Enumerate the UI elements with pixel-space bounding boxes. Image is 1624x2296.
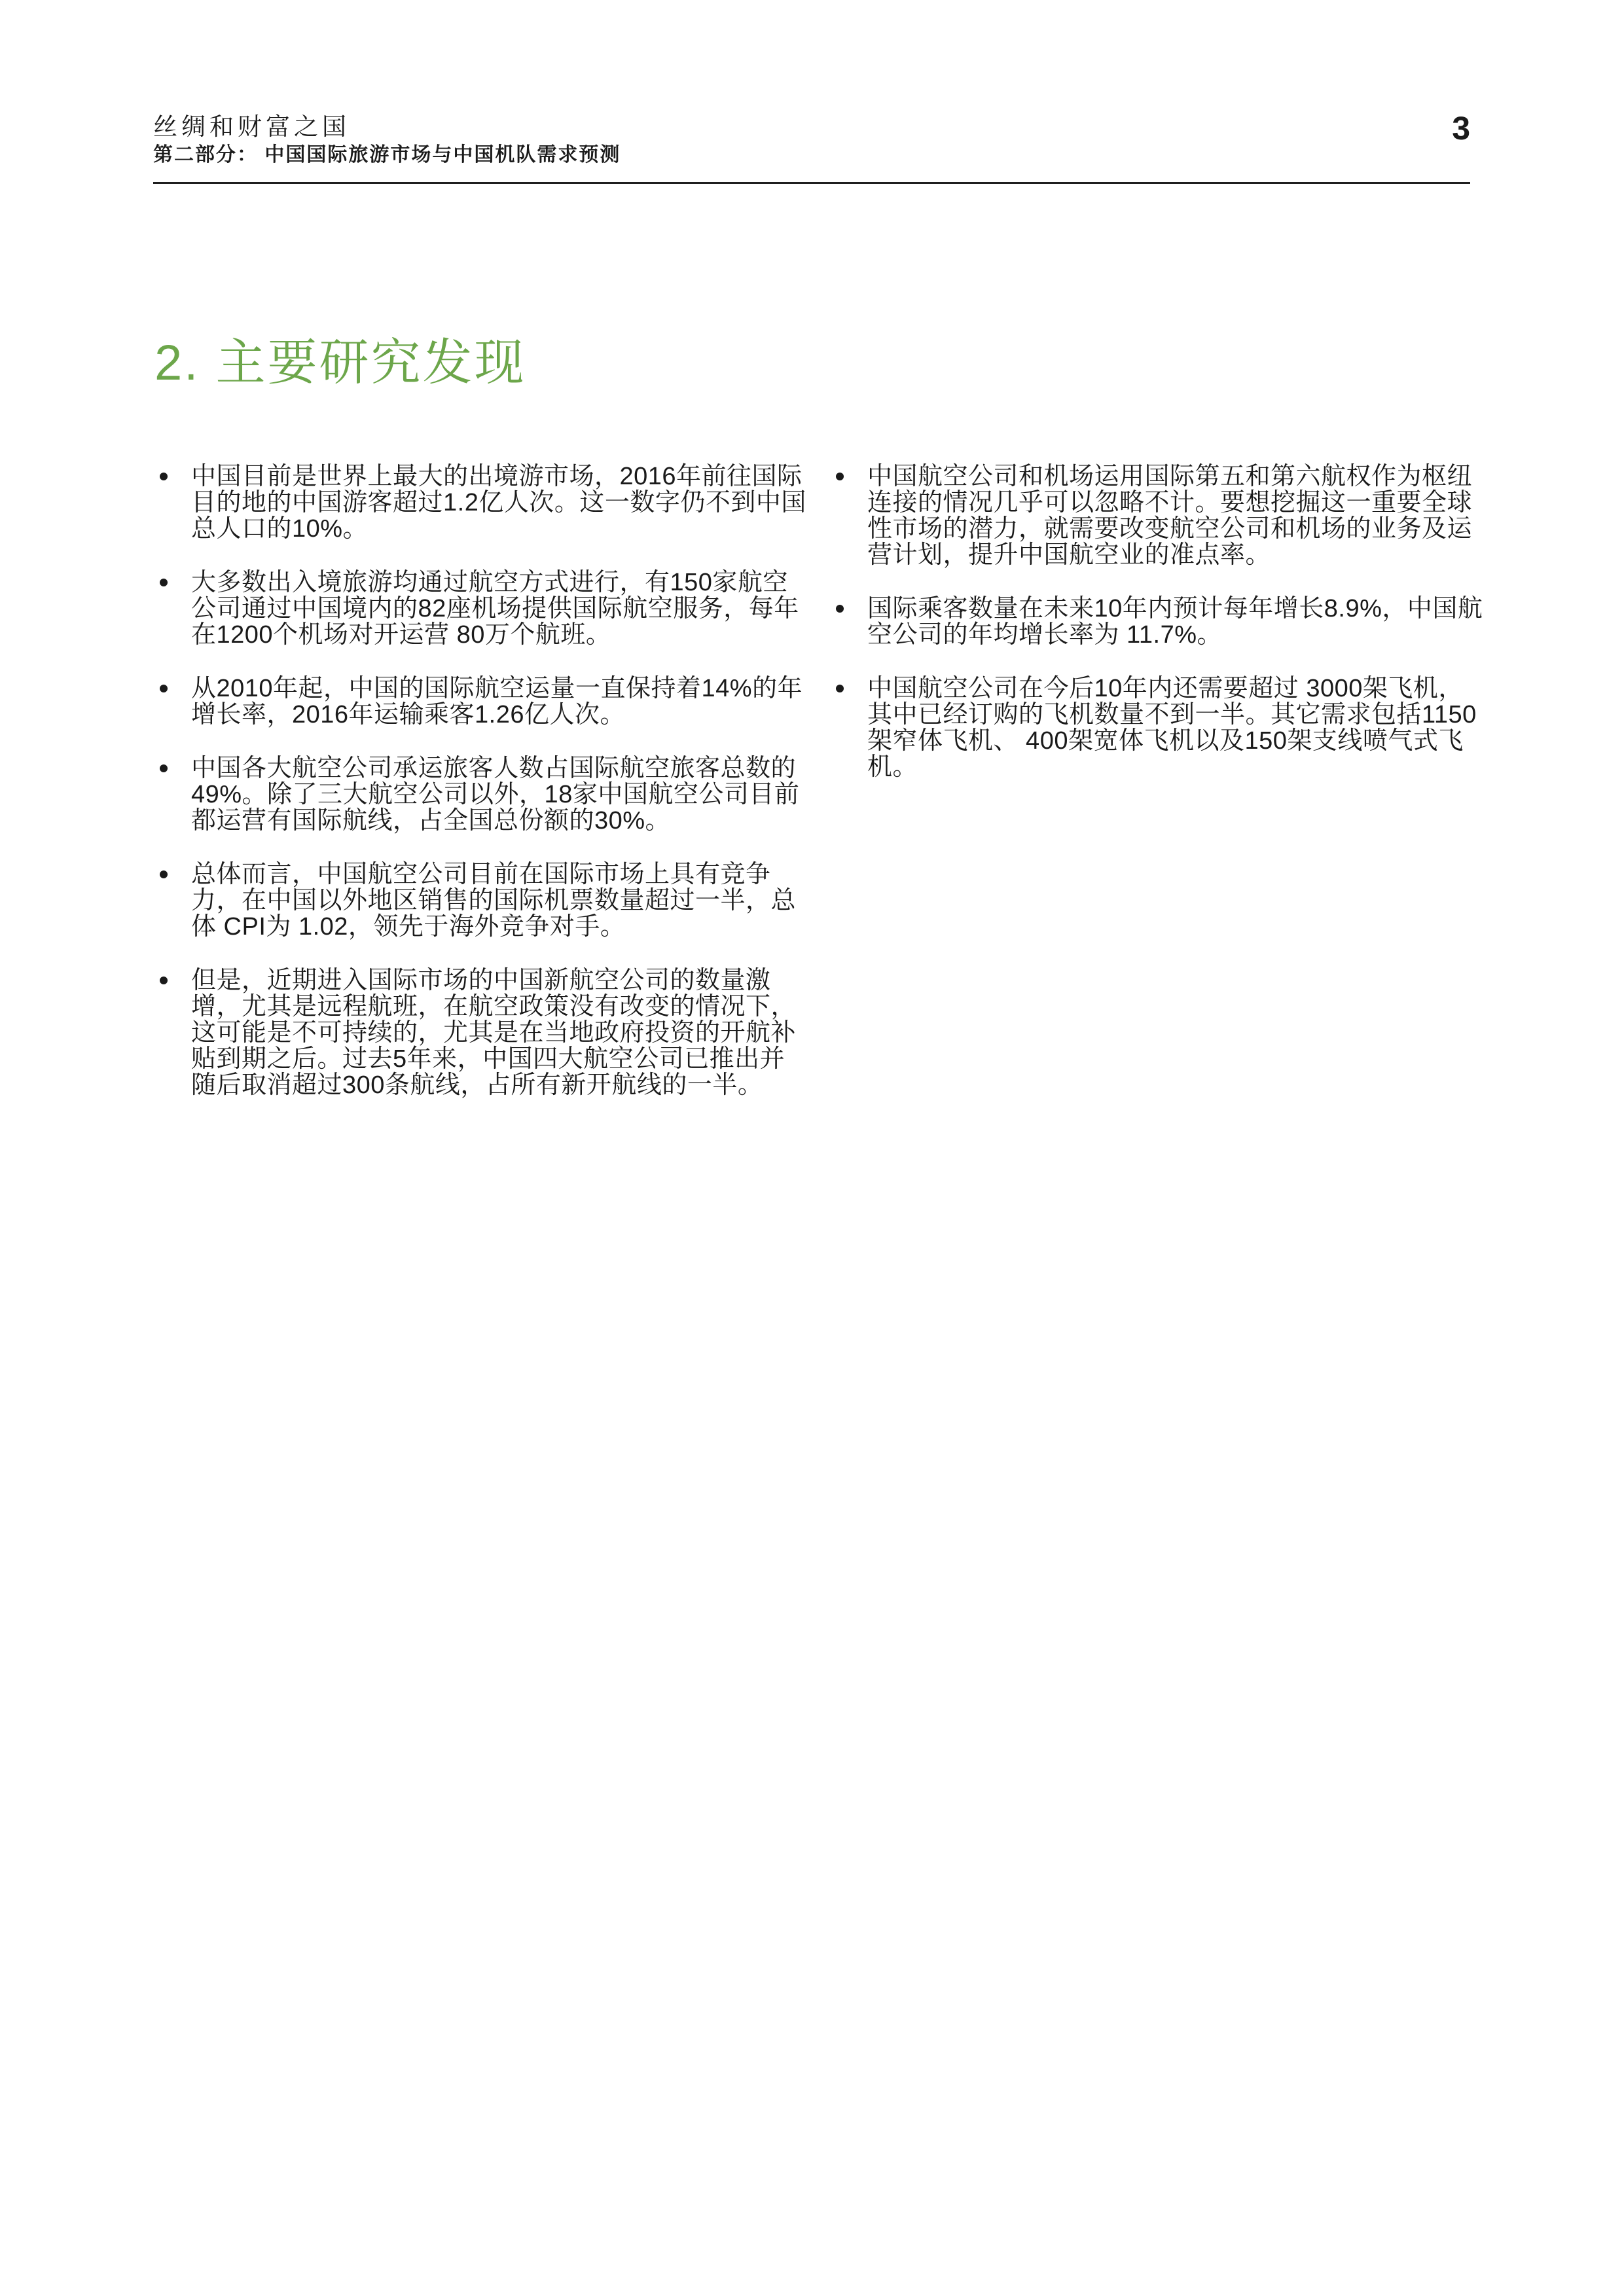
bullet-line: 架窄体飞机、 400架宽体飞机以及150架支线喷气式飞 xyxy=(867,728,1496,754)
bullet-line: 空公司的年均增长率为 11.7%。 xyxy=(867,622,1496,648)
bullet-line: 随后取消超过300条航线，占所有新开航线的一半。 xyxy=(191,1072,820,1098)
bullet-line: 增长率，2016年运输乘客1.26亿人次。 xyxy=(191,702,820,728)
bullet-line: 贴到期之后。过去5年来，中国四大航空公司已推出并 xyxy=(191,1046,820,1072)
bullet-line: 大多数出入境旅游均通过航空方式进行，有150家航空 xyxy=(191,569,820,596)
header-divider xyxy=(153,182,1470,184)
report-subtitle: 第二部分： 中国国际旅游市场与中国机队需求预测 xyxy=(153,143,621,167)
bullet-text: 中国目前是世界上最大的出境游市场，2016年前往国际 目的地的中国游客超过1.2… xyxy=(191,463,820,542)
bullet-line: 都运营有国际航线，占全国总份额的30%。 xyxy=(191,808,820,834)
bullet-line: 性市场的潜力，就需要改变航空公司和机场的业务及运 xyxy=(867,516,1496,542)
bullet-line: 这可能是不可持续的，尤其是在当地政府投资的开航补 xyxy=(191,1020,820,1046)
bullet-dot-icon xyxy=(160,473,168,480)
bullet-item: 中国各大航空公司承运旅客人数占国际航空旅客总数的 49%。除了三大航空公司以外，… xyxy=(158,755,820,834)
bullet-text: 大多数出入境旅游均通过航空方式进行，有150家航空 公司通过中国境内的82座机场… xyxy=(191,569,820,648)
bullet-item: 从2010年起，中国的国际航空运量一直保持着14%的年 增长率，2016年运输乘… xyxy=(158,675,820,728)
bullet-line: 营计划，提升中国航空业的准点率。 xyxy=(867,542,1496,568)
section-heading: 2. 主要研究发现 xyxy=(154,338,526,388)
bullet-line: 从2010年起，中国的国际航空运量一直保持着14%的年 xyxy=(191,675,820,702)
bullet-line: 49%。除了三大航空公司以外，18家中国航空公司目前 xyxy=(191,781,820,808)
bullet-dot-icon xyxy=(836,685,844,692)
report-title: 丝绸和财富之国 xyxy=(153,113,350,141)
bullet-dot-icon xyxy=(160,764,168,772)
bullet-line: 其中已经订购的飞机数量不到一半。其它需求包括1150 xyxy=(867,702,1496,728)
bullet-text: 但是，近期进入国际市场的中国新航空公司的数量激 增，尤其是远程航班，在航空政策没… xyxy=(191,967,820,1098)
bullet-dot-icon xyxy=(160,685,168,692)
bullet-item: 中国航空公司和机场运用国际第五和第六航权作为枢纽 连接的情况几乎可以忽略不计。要… xyxy=(835,463,1496,568)
bullet-line: 公司通过中国境内的82座机场提供国际航空服务，每年 xyxy=(191,596,820,622)
bullet-line: 中国各大航空公司承运旅客人数占国际航空旅客总数的 xyxy=(191,755,820,781)
right-column: 中国航空公司和机场运用国际第五和第六航权作为枢纽 连接的情况几乎可以忽略不计。要… xyxy=(835,463,1496,808)
bullet-item: 中国航空公司在今后10年内还需要超过 3000架飞机， 其中已经订购的飞机数量不… xyxy=(835,675,1496,780)
bullet-dot-icon xyxy=(160,579,168,586)
bullet-line: 中国航空公司在今后10年内还需要超过 3000架飞机， xyxy=(867,675,1496,702)
bullet-text: 中国航空公司在今后10年内还需要超过 3000架飞机， 其中已经订购的飞机数量不… xyxy=(867,675,1496,780)
bullet-line: 体 CPI为 1.02，领先于海外竞争对手。 xyxy=(191,914,820,940)
bullet-text: 中国航空公司和机场运用国际第五和第六航权作为枢纽 连接的情况几乎可以忽略不计。要… xyxy=(867,463,1496,568)
bullet-item: 总体而言，中国航空公司目前在国际市场上具有竞争 力，在中国以外地区销售的国际机票… xyxy=(158,861,820,940)
document-page: 丝绸和财富之国 第二部分： 中国国际旅游市场与中国机队需求预测 3 2. 主要研… xyxy=(0,0,1624,2296)
bullet-line: 但是，近期进入国际市场的中国新航空公司的数量激 xyxy=(191,967,820,994)
bullet-line: 机。 xyxy=(867,754,1496,780)
bullet-line: 在1200个机场对开运营 80万个航班。 xyxy=(191,622,820,648)
bullet-text: 从2010年起，中国的国际航空运量一直保持着14%的年 增长率，2016年运输乘… xyxy=(191,675,820,728)
bullet-dot-icon xyxy=(836,473,844,480)
bullet-item: 但是，近期进入国际市场的中国新航空公司的数量激 增，尤其是远程航班，在航空政策没… xyxy=(158,967,820,1098)
bullet-item: 国际乘客数量在未来10年内预计每年增长8.9%，中国航 空公司的年均增长率为 1… xyxy=(835,596,1496,648)
bullet-dot-icon xyxy=(160,977,168,984)
page-number: 3 xyxy=(1452,111,1470,145)
bullet-text: 中国各大航空公司承运旅客人数占国际航空旅客总数的 49%。除了三大航空公司以外，… xyxy=(191,755,820,834)
bullet-line: 中国目前是世界上最大的出境游市场，2016年前往国际 xyxy=(191,463,820,490)
bullet-item: 大多数出入境旅游均通过航空方式进行，有150家航空 公司通过中国境内的82座机场… xyxy=(158,569,820,648)
bullet-dot-icon xyxy=(836,605,844,613)
bullet-line: 连接的情况几乎可以忽略不计。要想挖掘这一重要全球 xyxy=(867,490,1496,516)
bullet-line: 目的地的中国游客超过1.2亿人次。这一数字仍不到中国 xyxy=(191,490,820,516)
bullet-item: 中国目前是世界上最大的出境游市场，2016年前往国际 目的地的中国游客超过1.2… xyxy=(158,463,820,542)
bullet-line: 力，在中国以外地区销售的国际机票数量超过一半，总 xyxy=(191,888,820,914)
bullet-line: 国际乘客数量在未来10年内预计每年增长8.9%，中国航 xyxy=(867,596,1496,622)
bullet-text: 总体而言，中国航空公司目前在国际市场上具有竞争 力，在中国以外地区销售的国际机票… xyxy=(191,861,820,940)
bullet-line: 增，尤其是远程航班，在航空政策没有改变的情况下， xyxy=(191,994,820,1020)
left-column: 中国目前是世界上最大的出境游市场，2016年前往国际 目的地的中国游客超过1.2… xyxy=(158,463,820,1126)
bullet-text: 国际乘客数量在未来10年内预计每年增长8.9%，中国航 空公司的年均增长率为 1… xyxy=(867,596,1496,648)
bullet-line: 中国航空公司和机场运用国际第五和第六航权作为枢纽 xyxy=(867,463,1496,490)
bullet-line: 总人口的10%。 xyxy=(191,516,820,542)
bullet-dot-icon xyxy=(160,870,168,878)
bullet-line: 总体而言，中国航空公司目前在国际市场上具有竞争 xyxy=(191,861,820,888)
